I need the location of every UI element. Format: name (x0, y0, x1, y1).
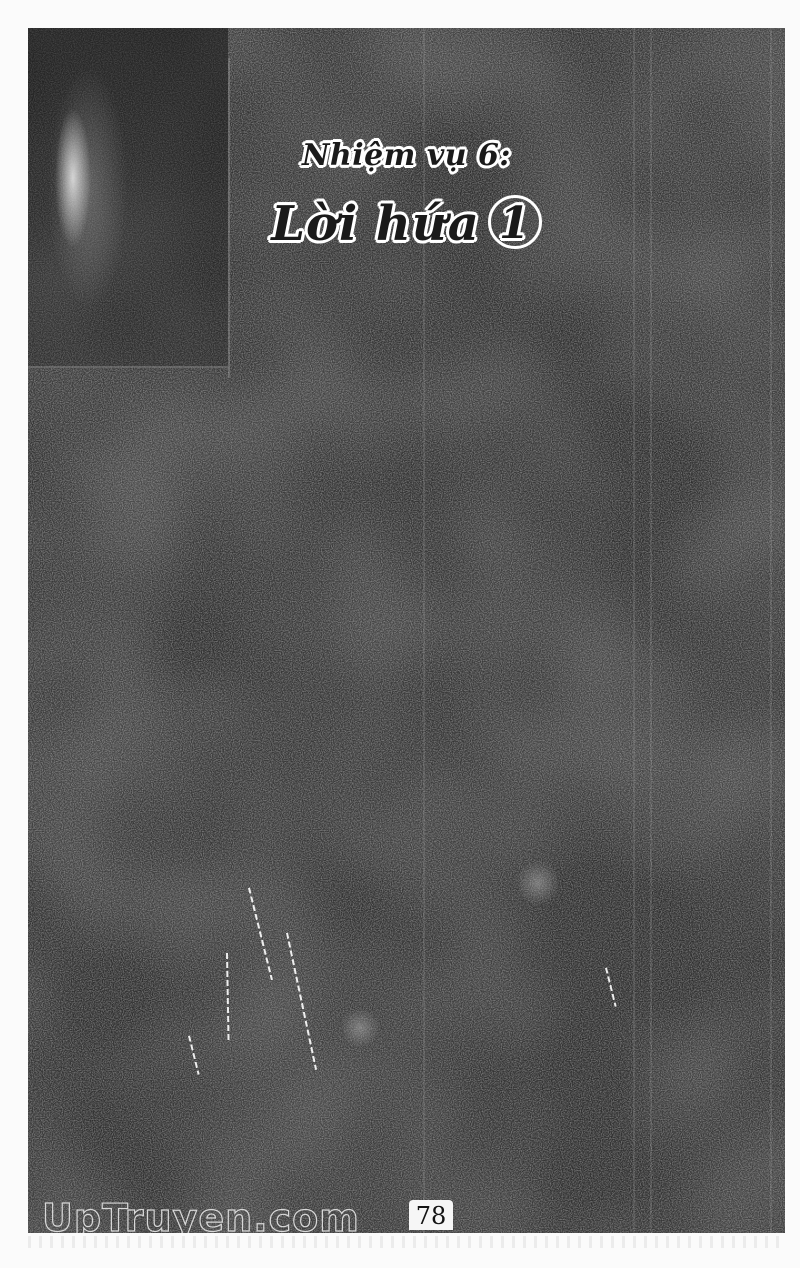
manga-page: Nhiệm vụ 6: Lời hứa1 UpTruyen.com 78 (0, 0, 800, 1268)
scan-bleed-through (28, 1236, 785, 1248)
chapter-number-title: Nhiệm vụ 6: (28, 138, 785, 173)
light-spot (340, 1008, 380, 1048)
chapter-name-title: Lời hứa1 (28, 196, 785, 255)
page-number: 78 (409, 1200, 453, 1230)
artwork-panel: Nhiệm vụ 6: Lời hứa1 UpTruyen.com 78 (28, 28, 785, 1233)
light-spot (518, 858, 558, 908)
background-ledge-line (28, 366, 228, 368)
chapter-part-badge: 1 (488, 195, 542, 249)
site-watermark: UpTruyen.com (42, 1196, 360, 1233)
chapter-name-text: Lời hứa (271, 196, 480, 252)
